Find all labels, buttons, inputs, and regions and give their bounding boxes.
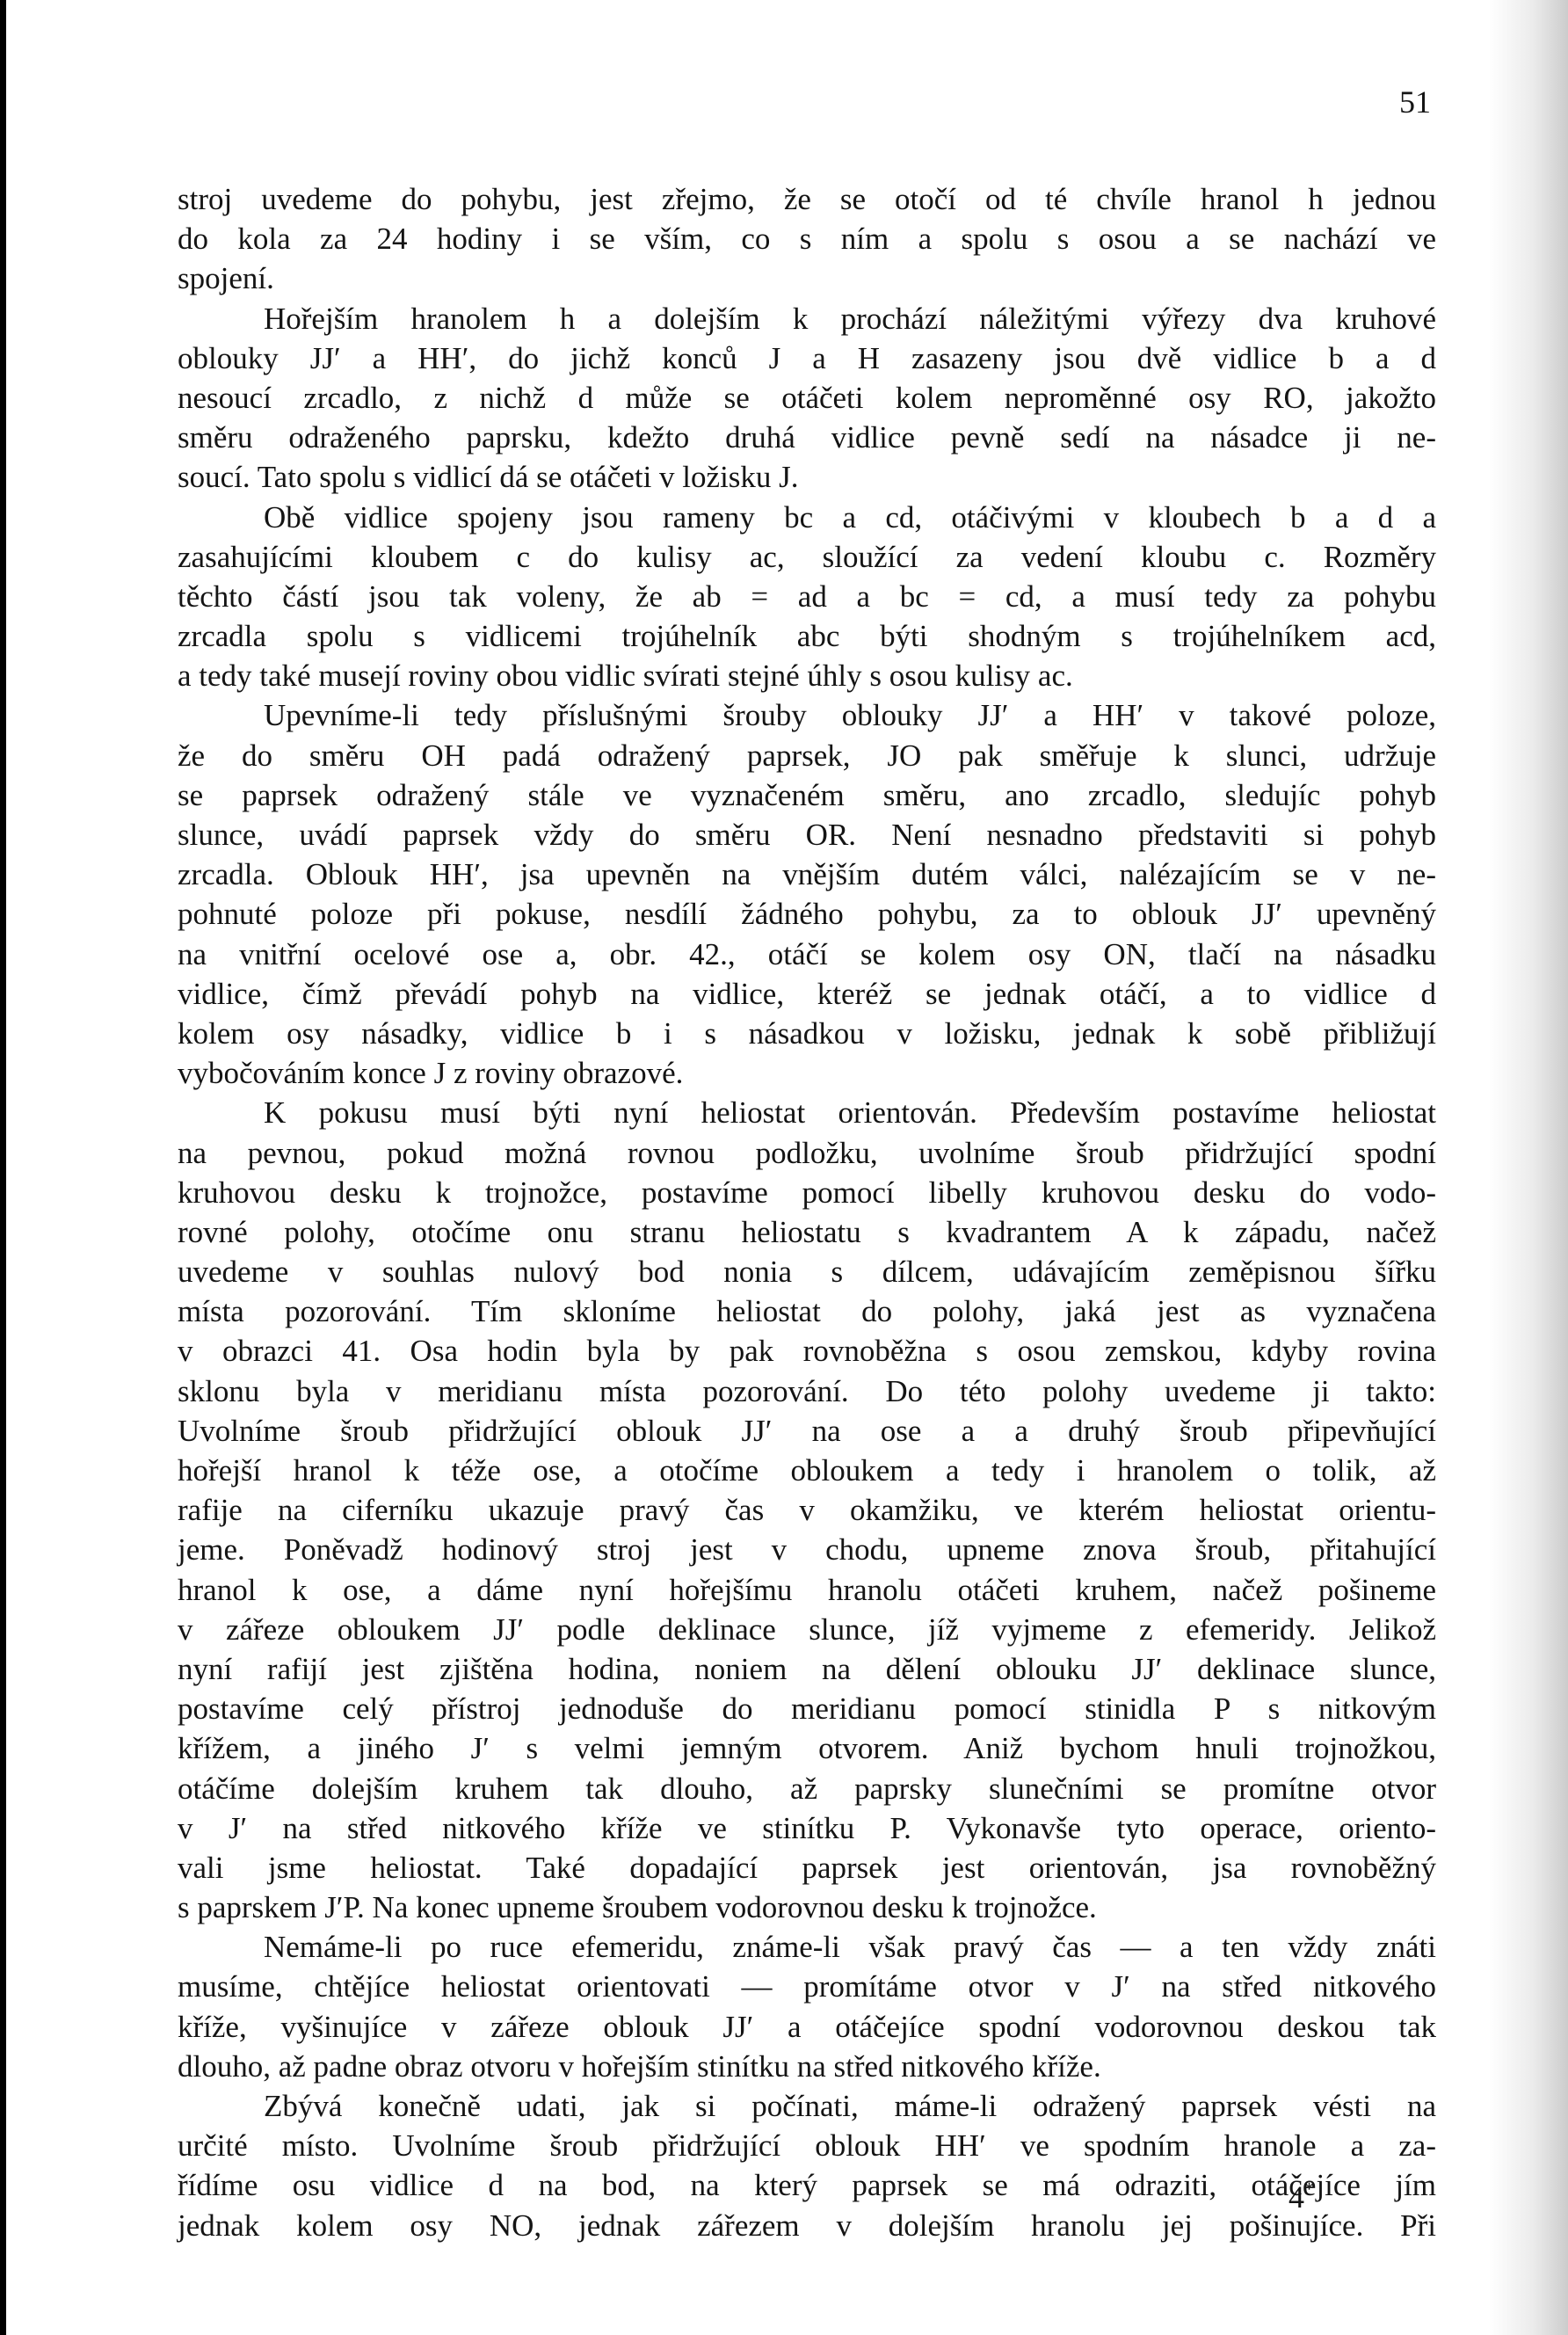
scan-left-edge (0, 0, 6, 2335)
text-line: pohnuté poloze při pokuse, nesdílí žádné… (178, 894, 1436, 934)
text-line: sklonu byla v meridianu místa pozorování… (178, 1371, 1436, 1411)
paragraph: Nemáme-li po ruce efemeridu, známe-li vš… (178, 1927, 1436, 2086)
text-line: na pevnou, pokud možná rovnou podložku, … (178, 1133, 1436, 1173)
text-line: v J′ na střed nitkového kříže ve stinítk… (178, 1808, 1436, 1848)
text-line: křížem, a jiného J′ s velmi jemným otvor… (178, 1728, 1436, 1768)
text-line: že do směru OH padá odražený paprsek, JO… (178, 736, 1436, 775)
text-line: Uvolníme šroub přidržující oblouk JJ′ na… (178, 1411, 1436, 1451)
signature-mark: 4* (1289, 2171, 1314, 2215)
text-line: v zářeze obloukem JJ′ podle deklinace sl… (178, 1610, 1436, 1649)
text-line: vali jsme heliostat. Také dopadající pap… (178, 1848, 1436, 1888)
text-line: K pokusu musí býti nyní heliostat orient… (178, 1093, 1436, 1132)
text-line: otáčíme dolejším kruhem tak dlouho, až p… (178, 1769, 1436, 1808)
text-line: nesoucí zrcadlo, z nichž d může se otáče… (178, 378, 1436, 418)
text-line: dlouho, až padne obraz otvoru v hořejším… (178, 2047, 1436, 2086)
text-line: vybočováním konce J z roviny obrazové. (178, 1053, 1436, 1093)
text-line: zrcadla. Oblouk HH′, jsa upevněn na vněj… (178, 855, 1436, 894)
text-line: jeme. Poněvadž hodinový stroj jest v cho… (178, 1530, 1436, 1569)
text-line: musíme, chtějíce heliostat orientovati —… (178, 1967, 1436, 2006)
text-line: Hořejším hranolem h a dolejším k procház… (178, 299, 1436, 338)
text-line: kruhovou desku k trojnožce, postavíme po… (178, 1173, 1436, 1212)
text-line: do kola za 24 hodiny i se vším, co s ním… (178, 219, 1436, 258)
text-line: Zbývá konečně udati, jak si počínati, má… (178, 2086, 1436, 2126)
text-line: uvedeme v souhlas nulový bod nonia s díl… (178, 1252, 1436, 1291)
text-line: těchto částí jsou tak voleny, že ab = ad… (178, 577, 1436, 616)
signature-number: 4 (1289, 2179, 1304, 2215)
text-line: rovné polohy, otočíme onu stranu heliost… (178, 1212, 1436, 1252)
text-line: kříže, vyšinujíce v zářeze oblouk JJ′ a … (178, 2007, 1436, 2047)
text-line: stroj uvedeme do pohybu, jest zřejmo, že… (178, 179, 1436, 219)
text-line: směru odraženého paprsku, kdežto druhá v… (178, 418, 1436, 457)
text-line: Nemáme-li po ruce efemeridu, známe-li vš… (178, 1927, 1436, 1967)
text-line: Upevníme-li tedy příslušnými šrouby oblo… (178, 695, 1436, 735)
text-line: se paprsek odražený stále ve vyznačeném … (178, 775, 1436, 815)
text-line: spojení. (178, 258, 1436, 298)
text-line: zasahujícími kloubem c do kulisy ac, slo… (178, 537, 1436, 577)
text-line: kolem osy násadky, vidlice b i s násadko… (178, 1014, 1436, 1053)
text-line: vidlice, čímž převádí pohyb na vidlice, … (178, 974, 1436, 1014)
page-number: 51 (1399, 84, 1431, 120)
text-line: hořejší hranol k téže ose, a otočíme obl… (178, 1451, 1436, 1490)
text-line: určité místo. Uvolníme šroub přidržující… (178, 2126, 1436, 2165)
text-line: s paprskem J′P. Na konec upneme šroubem … (178, 1888, 1436, 1927)
text-line: místa pozorování. Tím skloníme heliostat… (178, 1291, 1436, 1331)
text-line: zrcadla spolu s vidlicemi trojúhelník ab… (178, 616, 1436, 656)
text-line: na vnitřní ocelové ose a, obr. 42., otáč… (178, 935, 1436, 974)
text-line: hranol k ose, a dáme nyní hořejšímu hran… (178, 1570, 1436, 1610)
text-line: oblouky JJ′ a HH′, do jichž konců J a H … (178, 338, 1436, 378)
paragraph: stroj uvedeme do pohybu, jest zřejmo, že… (178, 179, 1436, 299)
text-line: rafije na ciferníku ukazuje pravý čas v … (178, 1490, 1436, 1530)
text-line: v obrazci 41. Osa hodin byla by pak rovn… (178, 1331, 1436, 1371)
text-line: řídíme osu vidlice d na bod, na který pa… (178, 2165, 1436, 2205)
paragraph: Obě vidlice spojeny jsou rameny bc a cd,… (178, 498, 1436, 696)
text-line: postavíme celý přístroj jednoduše do mer… (178, 1689, 1436, 1728)
text-line: jednak kolem osy NO, jednak zářezem v do… (178, 2206, 1436, 2245)
text-line: nyní rafijí jest zjištěna hodina, noniem… (178, 1649, 1436, 1689)
text-line: Obě vidlice spojeny jsou rameny bc a cd,… (178, 498, 1436, 537)
signature-star: * (1304, 2178, 1314, 2200)
paragraph: Hořejším hranolem h a dolejším k procház… (178, 299, 1436, 498)
paragraph: Upevníme-li tedy příslušnými šrouby oblo… (178, 695, 1436, 1093)
text-line: slunce, uvádí paprsek vždy do směru OR. … (178, 815, 1436, 855)
page-body: stroj uvedeme do pohybu, jest zřejmo, že… (178, 179, 1436, 2245)
text-line: soucí. Tato spolu s vidlicí dá se otáčet… (178, 457, 1436, 497)
scan-right-shading (1489, 0, 1568, 2335)
text-line: a tedy také musejí roviny obou vidlic sv… (178, 656, 1436, 695)
paragraph: K pokusu musí býti nyní heliostat orient… (178, 1093, 1436, 1927)
paragraph: Zbývá konečně udati, jak si počínati, má… (178, 2086, 1436, 2245)
